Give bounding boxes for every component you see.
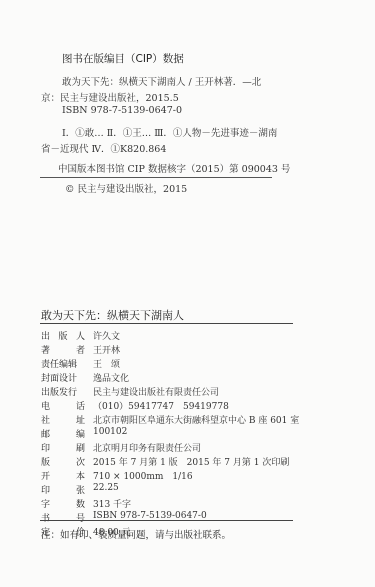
colophon-row-value: 北京市朝阳区阜通东大街融科望京中心 B 座 601 室 <box>93 413 299 426</box>
colophon-row: 出版发行民主与建设出版社有限责任公司 <box>41 385 219 398</box>
colophon-row-label: 著者 <box>41 343 85 356</box>
label-part: 字 <box>41 497 50 510</box>
label-part: 编 <box>76 427 85 440</box>
label-part: 本 <box>76 469 85 482</box>
colophon-row: 开本710 × 1000mm 1/16 <box>41 469 193 482</box>
colophon-row-value: 100102 <box>93 427 127 440</box>
cip-classification-line-2: 省－近现代 Ⅳ．①K820.864 <box>41 141 166 155</box>
colophon-row: 书号ISBN 978-7-5139-0647-0 <box>41 511 207 524</box>
cip-entry-line-1: 敢为天下先：纵横天下湖南人 / 王开林著．—北 <box>62 74 261 88</box>
cip-heading: 图书在版编目（CIP）数据 <box>62 51 184 66</box>
cip-entry-line-2: 京：民主与建设出版社，2015.5 <box>41 90 179 104</box>
cip-verification-number: 中国版本图书馆 CIP 数据核字（2015）第 090043 号 <box>58 161 290 175</box>
colophon-title: 敢为天下先：纵横天下湖南人 <box>41 307 184 323</box>
colophon-row: 电话（010）59417747 59419778 <box>41 399 229 412</box>
colophon-row-label: 书号 <box>41 511 85 524</box>
colophon-row: 邮编100102 <box>41 427 127 440</box>
label-part: 数 <box>76 497 85 510</box>
label-part: 者 <box>76 343 85 356</box>
colophon-row: 字数313 千字 <box>41 497 131 510</box>
colophon-row: 版次2015 年 7 月第 1 版 2015 年 7 月第 1 次印刷 <box>41 455 289 468</box>
label-part: 出版发行 <box>41 385 77 398</box>
colophon-row-label: 封面设计 <box>41 371 85 384</box>
colophon-row-label: 字数 <box>41 497 85 510</box>
copyright-notice: © 民主与建设出版社，2015 <box>65 181 187 195</box>
label-part: 电 <box>41 399 50 412</box>
colophon-row-label: 开本 <box>41 469 85 482</box>
label-part: 次 <box>76 455 85 468</box>
label-part: 刷 <box>76 441 85 454</box>
label-part: 版 <box>58 329 67 342</box>
label-part: 址 <box>76 413 85 426</box>
colophon-row: 封面设计逸品文化 <box>41 371 129 384</box>
label-part: 版 <box>41 455 50 468</box>
label-part: 号 <box>76 511 85 524</box>
colophon-row-label: 版次 <box>41 455 85 468</box>
colophon-row-value: 民主与建设出版社有限责任公司 <box>93 385 219 398</box>
colophon-row-label: 出版发行 <box>41 385 85 398</box>
colophon-row-value: ISBN 978-7-5139-0647-0 <box>93 511 207 524</box>
colophon-row: 出版人许久文 <box>41 329 120 342</box>
label-part: 著 <box>41 343 50 356</box>
colophon-row-value: 710 × 1000mm 1/16 <box>93 469 193 482</box>
colophon-title-divider <box>40 323 293 324</box>
label-part: 封面设计 <box>41 371 77 384</box>
colophon-row-value: 逸品文化 <box>93 371 129 384</box>
colophon-row-value: 313 千字 <box>93 497 131 510</box>
colophon-bottom-divider <box>40 520 293 521</box>
colophon-row-value: 王开林 <box>93 343 120 356</box>
label-part: 社 <box>41 413 50 426</box>
quality-note: 注：如有印、装质量问题，请与出版社联系。 <box>41 527 231 541</box>
colophon-row: 责任编辑王 颂 <box>41 357 120 370</box>
colophon-row-label: 出版人 <box>41 329 85 342</box>
colophon-row-label: 印刷 <box>41 441 85 454</box>
cip-divider <box>40 177 272 178</box>
label-part: 印 <box>41 441 50 454</box>
cip-isbn: ISBN 978-7-5139-0647-0 <box>62 105 182 116</box>
label-part: 张 <box>76 483 85 496</box>
colophon-row-label: 责任编辑 <box>41 357 85 370</box>
colophon-row-value: 2015 年 7 月第 1 版 2015 年 7 月第 1 次印刷 <box>93 455 289 468</box>
colophon-row-value: 王 颂 <box>93 357 120 370</box>
colophon-row-value: 22.25 <box>93 483 119 496</box>
colophon-row-label: 印张 <box>41 483 85 496</box>
colophon-row: 社址北京市朝阳区阜通东大街融科望京中心 B 座 601 室 <box>41 413 299 426</box>
colophon-row: 著者王开林 <box>41 343 120 356</box>
colophon-row-label: 电话 <box>41 399 85 412</box>
label-part: 书 <box>41 511 50 524</box>
colophon-row-value: 北京明月印务有限责任公司 <box>93 441 201 454</box>
label-part: 人 <box>76 329 85 342</box>
colophon-row-value: （010）59417747 59419778 <box>93 399 229 412</box>
label-part: 邮 <box>41 427 50 440</box>
colophon-row: 印张22.25 <box>41 483 119 496</box>
label-part: 出 <box>41 329 50 342</box>
colophon-row-label: 邮编 <box>41 427 85 440</box>
label-part: 话 <box>76 399 85 412</box>
label-part: 开 <box>41 469 50 482</box>
cip-classification-line-1: Ⅰ．①敢… Ⅱ．①王… Ⅲ．①人物－先进事迹－湖南 <box>62 125 277 139</box>
colophon-row: 印刷北京明月印务有限责任公司 <box>41 441 201 454</box>
label-part: 责任编辑 <box>41 357 77 370</box>
label-part: 印 <box>41 483 50 496</box>
colophon-row-value: 许久文 <box>93 329 120 342</box>
colophon-row-label: 社址 <box>41 413 85 426</box>
